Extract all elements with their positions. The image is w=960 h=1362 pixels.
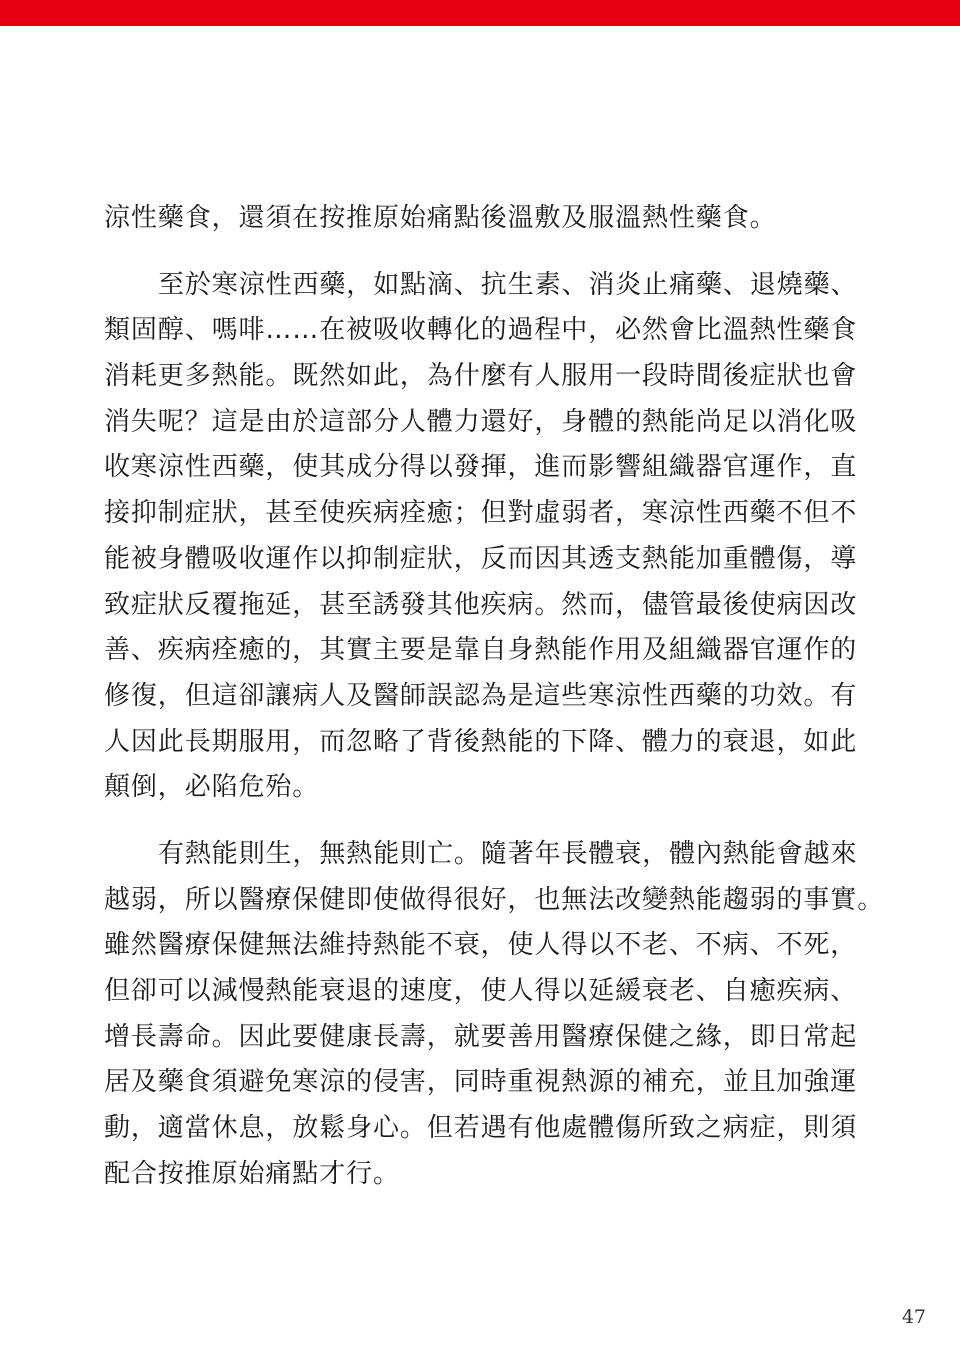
text-line: 善、疾病痊癒的，其實主要是靠自身熱能作用及組織器官運作的 xyxy=(104,628,860,674)
text-line: 越弱，所以醫療保健即使做得很好，也無法改變熱能趨弱的事實。 xyxy=(104,878,860,924)
page-body: 涼性藥食，還須在按推原始痛點後溫敷及服溫熱性藥食。 至於寒涼性西藥，如點滴、抗生… xyxy=(104,196,860,1197)
text-line: 收寒涼性西藥，使其成分得以發揮，進而影響組織器官運作，直 xyxy=(104,445,860,491)
paragraph-2: 至於寒涼性西藥，如點滴、抗生素、消炎止痛藥、退燒藥、 類固醇、嗎啡……在被吸收轉… xyxy=(104,263,860,811)
top-accent-bar xyxy=(0,0,960,26)
text-line: 致症狀反覆拖延，甚至誘發其他疾病。然而，儘管最後使病因改 xyxy=(104,583,860,629)
text-line: 雖然醫療保健無法維持熱能不衰，使人得以不老、不病、不死， xyxy=(104,923,860,969)
text-line: 顛倒，必陷危殆。 xyxy=(104,765,860,811)
paragraph-1: 涼性藥食，還須在按推原始痛點後溫敷及服溫熱性藥食。 xyxy=(104,196,860,242)
text-line: 有熱能則生，無熱能則亡。隨著年長體衰，體內熱能會越來 xyxy=(104,832,860,878)
text-line: 配合按推原始痛點才行。 xyxy=(104,1152,860,1198)
text-line: 增長壽命。因此要健康長壽，就要善用醫療保健之緣，即日常起 xyxy=(104,1015,860,1061)
page-number: 47 xyxy=(902,1306,926,1328)
text-line: 動，適當休息，放鬆身心。但若遇有他處體傷所致之病症，則須 xyxy=(104,1106,860,1152)
text-line: 修復，但這卻讓病人及醫師誤認為是這些寒涼性西藥的功效。有 xyxy=(104,674,860,720)
text-line: 人因此長期服用，而忽略了背後熱能的下降、體力的衰退，如此 xyxy=(104,720,860,766)
text-line: 接抑制症狀，甚至使疾病痊癒；但對虛弱者，寒涼性西藥不但不 xyxy=(104,491,860,537)
text-line: 涼性藥食，還須在按推原始痛點後溫敷及服溫熱性藥食。 xyxy=(104,196,860,242)
text-line: 但卻可以減慢熱能衰退的速度，使人得以延緩衰老、自癒疾病、 xyxy=(104,969,860,1015)
text-line: 能被身體吸收運作以抑制症狀，反而因其透支熱能加重體傷，導 xyxy=(104,537,860,583)
text-line: 至於寒涼性西藥，如點滴、抗生素、消炎止痛藥、退燒藥、 xyxy=(104,263,860,309)
text-line: 居及藥食須避免寒涼的侵害，同時重視熱源的補充，並且加強運 xyxy=(104,1060,860,1106)
paragraph-3: 有熱能則生，無熱能則亡。隨著年長體衰，體內熱能會越來 越弱，所以醫療保健即使做得… xyxy=(104,832,860,1198)
text-line: 消失呢？這是由於這部分人體力還好，身體的熱能尚足以消化吸 xyxy=(104,400,860,446)
text-line: 類固醇、嗎啡……在被吸收轉化的過程中，必然會比溫熱性藥食 xyxy=(104,308,860,354)
text-line: 消耗更多熱能。既然如此，為什麼有人服用一段時間後症狀也會 xyxy=(104,354,860,400)
